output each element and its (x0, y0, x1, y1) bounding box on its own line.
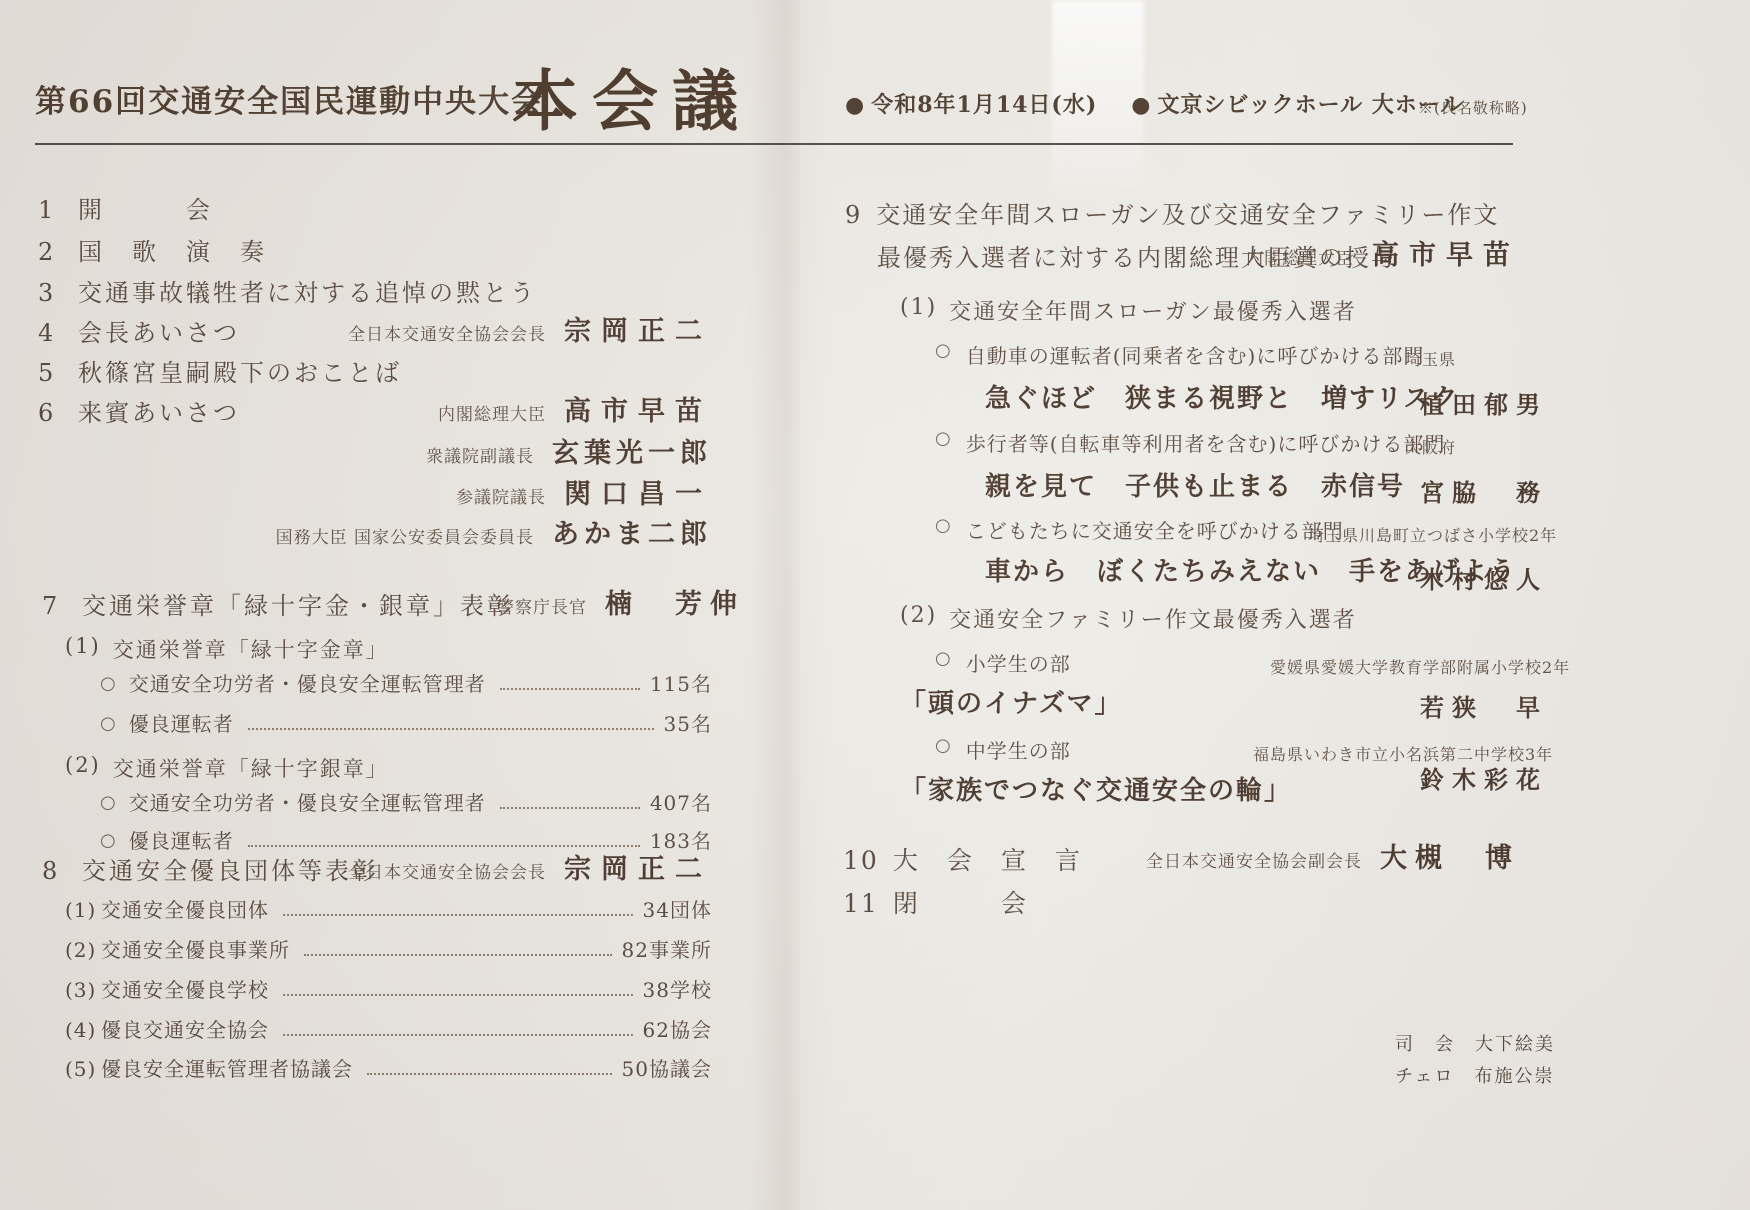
item-number: 10 (843, 845, 879, 876)
award-count: 82事業所 (622, 938, 712, 962)
page-title: 本会議 (512, 48, 752, 143)
award-label: 優良運転者 (129, 712, 234, 736)
award-count: 35名 (664, 712, 712, 736)
row-number: (5) (65, 1057, 101, 1081)
dotted-leader (283, 1034, 633, 1036)
item7-sub2-heading: (2) 交通栄誉章「緑十字銀章」 (65, 753, 389, 783)
header-venue: ●文京シビックホール 大ホール (1131, 88, 1463, 119)
slogan-category: ○ 歩行者等(自転車等利用者を含む)に呼びかける部門 (935, 428, 1445, 457)
item8-presenter: 全日本交通安全協会会長 宗岡正二 (330, 854, 712, 885)
agenda-item-1: 1 開 会 (38, 196, 213, 225)
winner-affiliation: 埼玉県 (1405, 347, 1456, 370)
row-number: (3) (65, 978, 101, 1002)
essay-category: ○ 中学生の部 (935, 735, 1071, 764)
circle-bullet-icon: ○ (935, 340, 952, 369)
slogan-text: 親を見て 子供も止まる 赤信号 (985, 466, 1405, 503)
sub-title: 交通安全ファミリー作文最優秀入選者 (949, 603, 1357, 634)
item-title: 会長あいさつ (78, 319, 240, 348)
circle-bullet-icon: ○ (100, 791, 117, 815)
presenter-role: 内閣総理大臣 (1246, 244, 1354, 269)
agenda-item-11: 11 閉 会 (843, 888, 1028, 919)
item-number: 3 (38, 279, 60, 308)
header-divider (35, 143, 1513, 145)
award-label: 交通安全功労者・優良安全運転管理者 (129, 791, 486, 815)
presenter-name: 楠 芳伸 (605, 589, 745, 620)
award-count: 183名 (650, 829, 712, 853)
item-title: 国 歌 演 奏 (78, 238, 267, 267)
award-label: 優良交通安全協会 (101, 1018, 269, 1042)
row-number: (2) (65, 938, 101, 962)
speaker-name: 宗岡正二 (564, 316, 712, 347)
sub-title: 交通安全年間スローガン最優秀入選者 (949, 295, 1357, 326)
speaker-role: 全日本交通安全協会会長 (348, 320, 546, 345)
category-label: 歩行者等(自転車等利用者を含む)に呼びかける部門 (966, 428, 1446, 457)
circle-bullet-icon: ○ (100, 672, 117, 696)
dotted-leader (248, 845, 640, 847)
item-number: 6 (38, 399, 60, 428)
mc-label: 司 会 (1395, 1030, 1455, 1056)
cello-credit: チェロ 布施公崇 (1395, 1062, 1554, 1088)
award-row: ○ 交通安全功労者・優良安全運転管理者 115名 (100, 672, 712, 696)
essay-title-text: 「頭のイナズマ」 (900, 683, 1122, 720)
presenter-name: 大槻 博 (1380, 843, 1520, 874)
guest-name: 高市早苗 (564, 396, 712, 427)
bullet-icon: ● (845, 92, 865, 118)
cello-name: 布施公崇 (1474, 1062, 1554, 1088)
item-title: 秋篠宮皇嗣殿下のおことば (78, 359, 402, 388)
winner-affiliation: 愛媛県愛媛大学教育学部附属小学校2年 (1270, 655, 1570, 678)
sub-title: 交通栄誉章「緑十字銀章」 (113, 753, 389, 783)
winner-name: 鈴木彩花 (1420, 760, 1548, 795)
award-row: (3) 交通安全優良学校 38学校 (65, 978, 712, 1002)
dotted-leader (500, 807, 640, 809)
item10-presenter: 全日本交通安全協会副会長 大槻 博 (1190, 843, 1520, 874)
guest-role: 内閣総理大臣 (438, 400, 546, 425)
dotted-leader (283, 994, 633, 996)
slogan-text: 急ぐほど 狭まる視野と 増すリスク (985, 378, 1459, 415)
category-label: こどもたちに交通安全を呼びかける部門 (966, 515, 1344, 544)
sub-number: (2) (900, 603, 937, 634)
guest-row: 参議院議長 関口昌一 (330, 479, 712, 510)
award-count: 50協議会 (622, 1057, 712, 1081)
agenda-item-3: 3 交通事故犠牲者に対する追悼の黙とう (38, 279, 537, 308)
dotted-leader (500, 688, 640, 690)
item-number: 2 (38, 238, 60, 267)
mc-credit: 司 会 大下絵美 (1395, 1030, 1555, 1056)
winner-name: 宮脇 務 (1420, 473, 1548, 508)
circle-bullet-icon: ○ (935, 735, 952, 764)
cello-label: チェロ (1395, 1062, 1454, 1088)
guest-row: 衆議院副議長 玄葉光一郎 (330, 438, 712, 469)
winner-affiliation: 埼玉県川島町立つばさ小学校2年 (1308, 523, 1557, 546)
agenda-item-4: 4 会長あいさつ (38, 319, 240, 348)
header-date-venue: ●令和8年1月14日(水) ●文京シビックホール 大ホール (845, 88, 1463, 119)
mc-name: 大下絵美 (1475, 1030, 1555, 1056)
sub-number: (1) (900, 295, 937, 326)
award-count: 62協会 (643, 1018, 712, 1042)
row-number: (1) (65, 898, 101, 922)
item7-presenter: 警察庁長官 楠 芳伸 (330, 589, 745, 620)
item-number: 9 (845, 200, 862, 230)
agenda-item-10: 10 大 会 宣 言 (843, 845, 1082, 876)
award-count: 115名 (650, 672, 712, 696)
item-title-line1: 交通安全年間スローガン及び交通安全ファミリー作文 (876, 200, 1499, 230)
header-date: ●令和8年1月14日(水) (845, 88, 1097, 119)
item-number: 5 (38, 359, 60, 388)
agenda-item-6: 6 来賓あいさつ (38, 399, 240, 428)
item-number: 1 (38, 196, 60, 225)
winner-name: 植田郁男 (1420, 385, 1548, 420)
item-title: 開 会 (78, 196, 213, 225)
award-row: ○ 優良運転者 183名 (100, 829, 712, 853)
item-number: 4 (38, 319, 60, 348)
presenter-role: 全日本交通安全協会会長 (348, 858, 546, 883)
dotted-leader (248, 728, 654, 730)
award-row: ○ 交通安全功労者・優良安全運転管理者 407名 (100, 791, 712, 815)
circle-bullet-icon: ○ (935, 515, 952, 544)
item-title: 交通事故犠牲者に対する追悼の黙とう (78, 279, 537, 308)
award-count: 38学校 (643, 978, 712, 1002)
category-label: 自動車の運転者(同乗者を含む)に呼びかける部門 (966, 340, 1425, 369)
slogan-category: ○ 自動車の運転者(同乗者を含む)に呼びかける部門 (935, 340, 1424, 369)
circle-bullet-icon: ○ (935, 428, 952, 457)
award-label: 交通安全優良事業所 (101, 938, 290, 962)
item4-speaker: 全日本交通安全協会会長 宗岡正二 (330, 316, 712, 347)
award-row: (4) 優良交通安全協会 62協会 (65, 1018, 712, 1042)
winner-name: 若狭 早 (1420, 688, 1548, 723)
guest-row: 国務大臣 国家公安委員会委員長 あかま二郎 (330, 519, 712, 550)
bullet-icon: ● (1131, 92, 1151, 118)
sub-number: (2) (65, 753, 101, 783)
item-title: 大 会 宣 言 (893, 845, 1082, 876)
circle-bullet-icon: ○ (100, 829, 117, 853)
guest-name: あかま二郎 (552, 519, 712, 550)
item-title: 来賓あいさつ (78, 399, 240, 428)
essay-section-heading: (2) 交通安全ファミリー作文最優秀入選者 (900, 603, 1357, 634)
guest-name: 関口昌一 (564, 479, 712, 510)
item7-sub1-heading: (1) 交通栄誉章「緑十字金章」 (65, 634, 389, 664)
agenda-item-2: 2 国 歌 演 奏 (38, 238, 267, 267)
award-label: 交通安全功労者・優良安全運転管理者 (129, 672, 486, 696)
row-number: (4) (65, 1018, 101, 1042)
dotted-leader (283, 914, 633, 916)
item9-presenter: 内閣総理大臣 高市早苗 (1180, 240, 1520, 271)
award-count: 407名 (650, 791, 712, 815)
circle-bullet-icon: ○ (935, 648, 952, 677)
winner-name: 木村悠人 (1420, 560, 1548, 595)
presenter-role: 全日本交通安全協会副会長 (1146, 847, 1362, 872)
dotted-leader (367, 1073, 612, 1075)
item-number: 7 (42, 592, 64, 621)
category-label: 中学生の部 (966, 735, 1071, 764)
sub-number: (1) (65, 634, 101, 664)
award-row: ○ 優良運転者 35名 (100, 712, 712, 736)
agenda-item-5: 5 秋篠宮皇嗣殿下のおことば (38, 359, 402, 388)
presenter-name: 高市早苗 (1372, 240, 1520, 271)
slogan-section-heading: (1) 交通安全年間スローガン最優秀入選者 (900, 295, 1357, 326)
award-row: (5) 優良安全運転管理者協議会 50協議会 (65, 1057, 712, 1081)
item-number: 11 (843, 888, 879, 919)
award-label: 優良安全運転管理者協議会 (101, 1057, 353, 1081)
award-row: (1) 交通安全優良団体 34団体 (65, 898, 712, 922)
event-title: 第66回交通安全国民運動中央大会 (35, 76, 544, 121)
award-label: 交通安全優良団体 (101, 898, 269, 922)
essay-title-text: 「家族でつなぐ交通安全の輪」 (900, 770, 1292, 807)
program-page: 第66回交通安全国民運動中央大会 本会議 ●令和8年1月14日(水) ●文京シビ… (0, 0, 1750, 1210)
award-label: 優良運転者 (129, 829, 234, 853)
guest-name: 玄葉光一郎 (552, 438, 712, 469)
presenter-role: 警察庁長官 (497, 593, 587, 618)
award-row: (2) 交通安全優良事業所 82事業所 (65, 938, 712, 962)
honorifics-note: ※(氏名敬称略) (1418, 97, 1528, 118)
guest-role: 参議院議長 (456, 483, 546, 508)
winner-affiliation: 大阪府 (1405, 435, 1456, 458)
guest-role: 国務大臣 国家公安委員会委員長 (276, 523, 534, 548)
item-number: 8 (42, 857, 64, 886)
slogan-category: ○ こどもたちに交通安全を呼びかける部門 (935, 515, 1344, 544)
circle-bullet-icon: ○ (100, 712, 117, 736)
award-label: 交通安全優良学校 (101, 978, 269, 1002)
category-label: 小学生の部 (966, 648, 1071, 677)
sub-title: 交通栄誉章「緑十字金章」 (113, 634, 389, 664)
guest-role: 衆議院副議長 (426, 442, 534, 467)
award-count: 34団体 (643, 898, 712, 922)
presenter-name: 宗岡正二 (564, 854, 712, 885)
agenda-item-9: 9 交通安全年間スローガン及び交通安全ファミリー作文 (845, 200, 1499, 230)
date-text: 令和8年1月14日(水) (871, 92, 1097, 118)
dotted-leader (304, 954, 612, 956)
guest-row: 内閣総理大臣 高市早苗 (330, 396, 712, 427)
agenda-item-8: 8 交通安全優良団体等表彰 (42, 857, 379, 886)
item-title: 閉 会 (893, 888, 1028, 919)
essay-category: ○ 小学生の部 (935, 648, 1071, 677)
